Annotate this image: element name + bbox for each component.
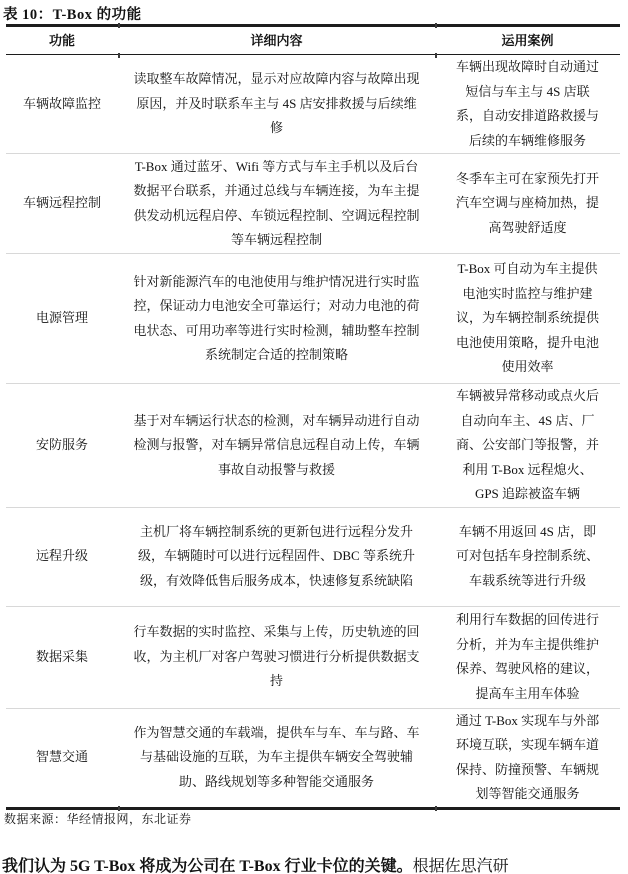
cell-case: 车辆不用返回 4S 店，即可对包括车身控制系统、车载系统等进行升级 — [435, 508, 620, 606]
border-tick — [435, 23, 437, 28]
cell-function: 电源管理 — [6, 254, 118, 383]
header-cell-detail: 详细内容 — [118, 27, 435, 54]
cell-case: 冬季车主可在家预先打开汽车空调与座椅加热，提高驾驶舒适度 — [435, 154, 620, 253]
border-tick — [118, 23, 120, 28]
header-cell-case: 运用案例 — [435, 27, 620, 54]
table-row: 车辆故障监控 读取整车故障情况，显示对应故障内容与故障出现原因，并及时联系车主与… — [6, 55, 620, 154]
table-row: 智慧交通 作为智慧交通的车载端，提供车与车、车与路、车与基础设施的互联，为车主提… — [6, 709, 620, 807]
report-page: 表 10：T-Box 的功能 功能 详细内容 运用案例 车辆故障监控 读取整车故… — [0, 0, 628, 874]
cell-case: 通过 T-Box 实现车与外部环境互联，实现车辆车道保持、防撞预警、车辆规划等智… — [435, 709, 620, 807]
table-row: 安防服务 基于对车辆运行状态的检测，对车辆异动进行自动检测与报警，对车辆异常信息… — [6, 384, 620, 508]
cell-function: 车辆故障监控 — [6, 55, 118, 153]
table-row: 数据采集 行车数据的实时监控、采集与上传，历史轨迹的回收，为主机厂对客户驾驶习惯… — [6, 607, 620, 709]
table-row: 车辆远程控制 T-Box 通过蓝牙、Wifi 等方式与车主手机以及后台数据平台联… — [6, 154, 620, 254]
footer-paragraph: 我们认为 5G T-Box 将成为公司在 T-Box 行业卡位的关键。根据佐思汽… — [2, 856, 622, 874]
table-body: 车辆故障监控 读取整车故障情况，显示对应故障内容与故障出现原因，并及时联系车主与… — [6, 55, 620, 807]
data-source-note: 数据来源：华经情报网，东北证券 — [4, 810, 192, 827]
cell-function: 车辆远程控制 — [6, 154, 118, 253]
cell-function: 数据采集 — [6, 607, 118, 708]
cell-detail: 针对新能源汽车的电池使用与维护情况进行实时监控，保证动力电池安全可靠运行；对动力… — [118, 254, 435, 383]
border-tick — [435, 53, 437, 58]
border-tick — [118, 53, 120, 58]
header-cell-function: 功能 — [6, 27, 118, 54]
footer-regular-text: 根据佐思汽研 — [413, 858, 509, 874]
border-tick — [435, 806, 437, 811]
table-row: 电源管理 针对新能源汽车的电池使用与维护情况进行实时监控，保证动力电池安全可靠运… — [6, 254, 620, 384]
cell-case: T-Box 可自动为车主提供电池实时监控与维护建议，为车辆控制系统提供电池使用策… — [435, 254, 620, 383]
cell-detail: 主机厂将车辆控制系统的更新包进行远程分发升级，车辆随时可以进行远程固件、DBC … — [118, 508, 435, 606]
cell-function: 智慧交通 — [6, 709, 118, 807]
cell-function: 远程升级 — [6, 508, 118, 606]
cell-case: 利用行车数据的回传进行分析，并为车主提供维护保养、驾驶风格的建议，提高车主用车体… — [435, 607, 620, 708]
table-header-row: 功能 详细内容 运用案例 — [6, 27, 620, 55]
cell-detail: 基于对车辆运行状态的检测，对车辆异动进行自动检测与报警，对车辆异常信息远程自动上… — [118, 384, 435, 507]
cell-detail: T-Box 通过蓝牙、Wifi 等方式与车主手机以及后台数据平台联系，并通过总线… — [118, 154, 435, 253]
cell-case: 车辆被异常移动或点火后自动向车主、4S 店、厂商、公安部门等报警，并利用 T-B… — [435, 384, 620, 507]
footer-bold-text: 我们认为 5G T-Box 将成为公司在 T-Box 行业卡位的关键。 — [2, 858, 413, 874]
tbox-function-table: 功能 详细内容 运用案例 车辆故障监控 读取整车故障情况，显示对应故障内容与故障… — [6, 24, 620, 810]
cell-function: 安防服务 — [6, 384, 118, 507]
cell-detail: 作为智慧交通的车载端，提供车与车、车与路、车与基础设施的互联，为车主提供车辆安全… — [118, 709, 435, 807]
cell-detail: 读取整车故障情况，显示对应故障内容与故障出现原因，并及时联系车主与 4S 店安排… — [118, 55, 435, 153]
table-title: 表 10：T-Box 的功能 — [3, 3, 142, 24]
cell-detail: 行车数据的实时监控、采集与上传，历史轨迹的回收，为主机厂对客户驾驶习惯进行分析提… — [118, 607, 435, 708]
table-row: 远程升级 主机厂将车辆控制系统的更新包进行远程分发升级，车辆随时可以进行远程固件… — [6, 508, 620, 607]
cell-case: 车辆出现故障时自动通过短信与车主与 4S 店联系，自动安排道路救援与后续的车辆维… — [435, 55, 620, 153]
